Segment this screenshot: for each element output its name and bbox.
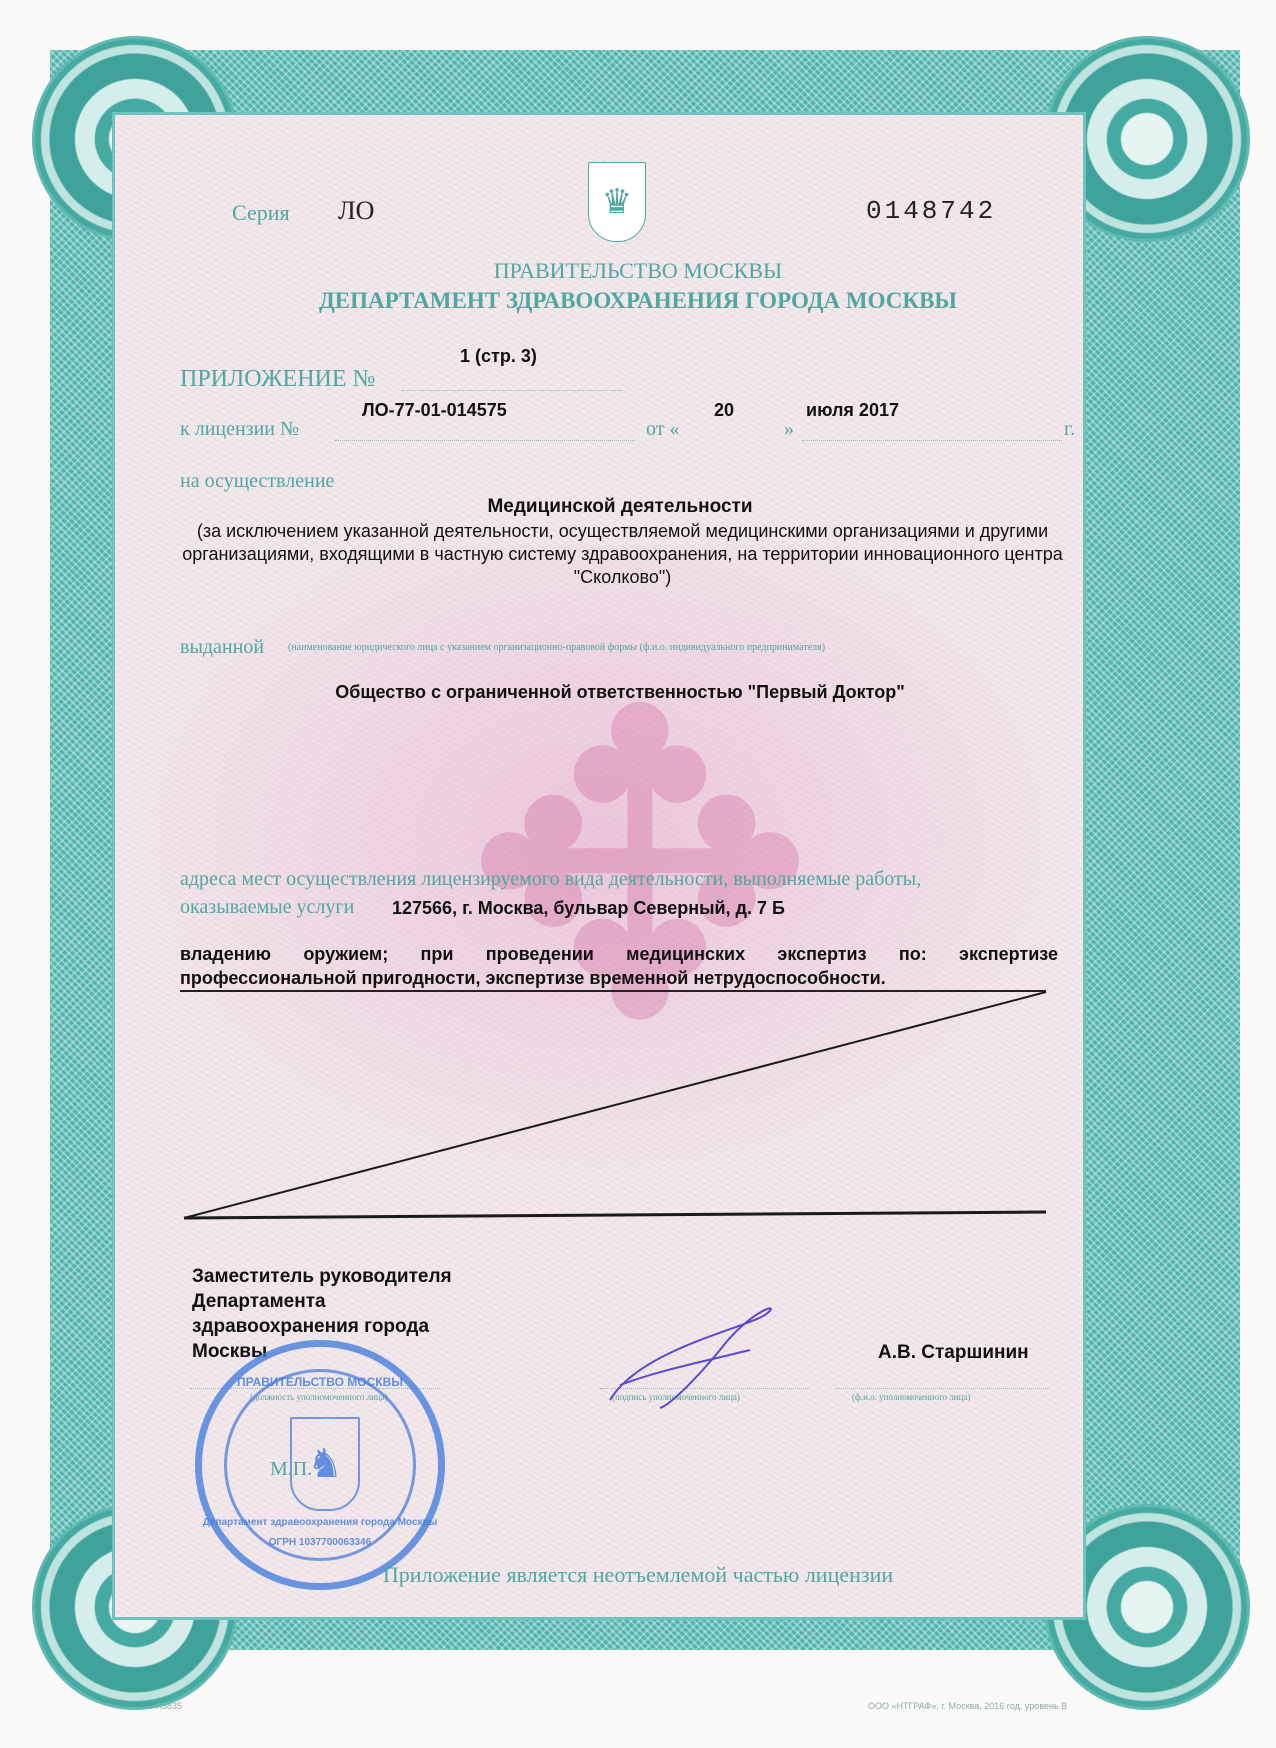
signer-position-line: Заместитель руководителя <box>192 1264 452 1289</box>
signer-position-line: здравоохранения города <box>192 1314 452 1339</box>
seal-ogrn: ОГРН 1037700063346 <box>202 1537 438 1548</box>
footer-code: А3835 <box>156 1701 182 1711</box>
footer-note: Приложение является неотъемлемой частью … <box>0 1562 1276 1588</box>
seal-outer-text: ПРАВИТЕЛЬСТВО МОСКВЫ <box>202 1375 438 1389</box>
hint-name: (ф.и.о. уполномоченного лица) <box>852 1392 970 1402</box>
handwritten-signature <box>600 1290 800 1410</box>
official-seal: ПРАВИТЕЛЬСТВО МОСКВЫ ♞ Департамент здрав… <box>195 1340 445 1590</box>
signer-position-line: Департамента <box>192 1289 452 1314</box>
seal-inner-text: Департамент здравоохранения города Москв… <box>202 1517 438 1528</box>
footer-printer: ООО «НТГРАФ», г. Москва, 2016 год, урове… <box>868 1701 1067 1711</box>
mp-label: М.П. <box>270 1458 312 1481</box>
blank-space-strikeout <box>0 0 1276 1748</box>
signer-name: А.В. Старшинин <box>878 1342 1029 1364</box>
